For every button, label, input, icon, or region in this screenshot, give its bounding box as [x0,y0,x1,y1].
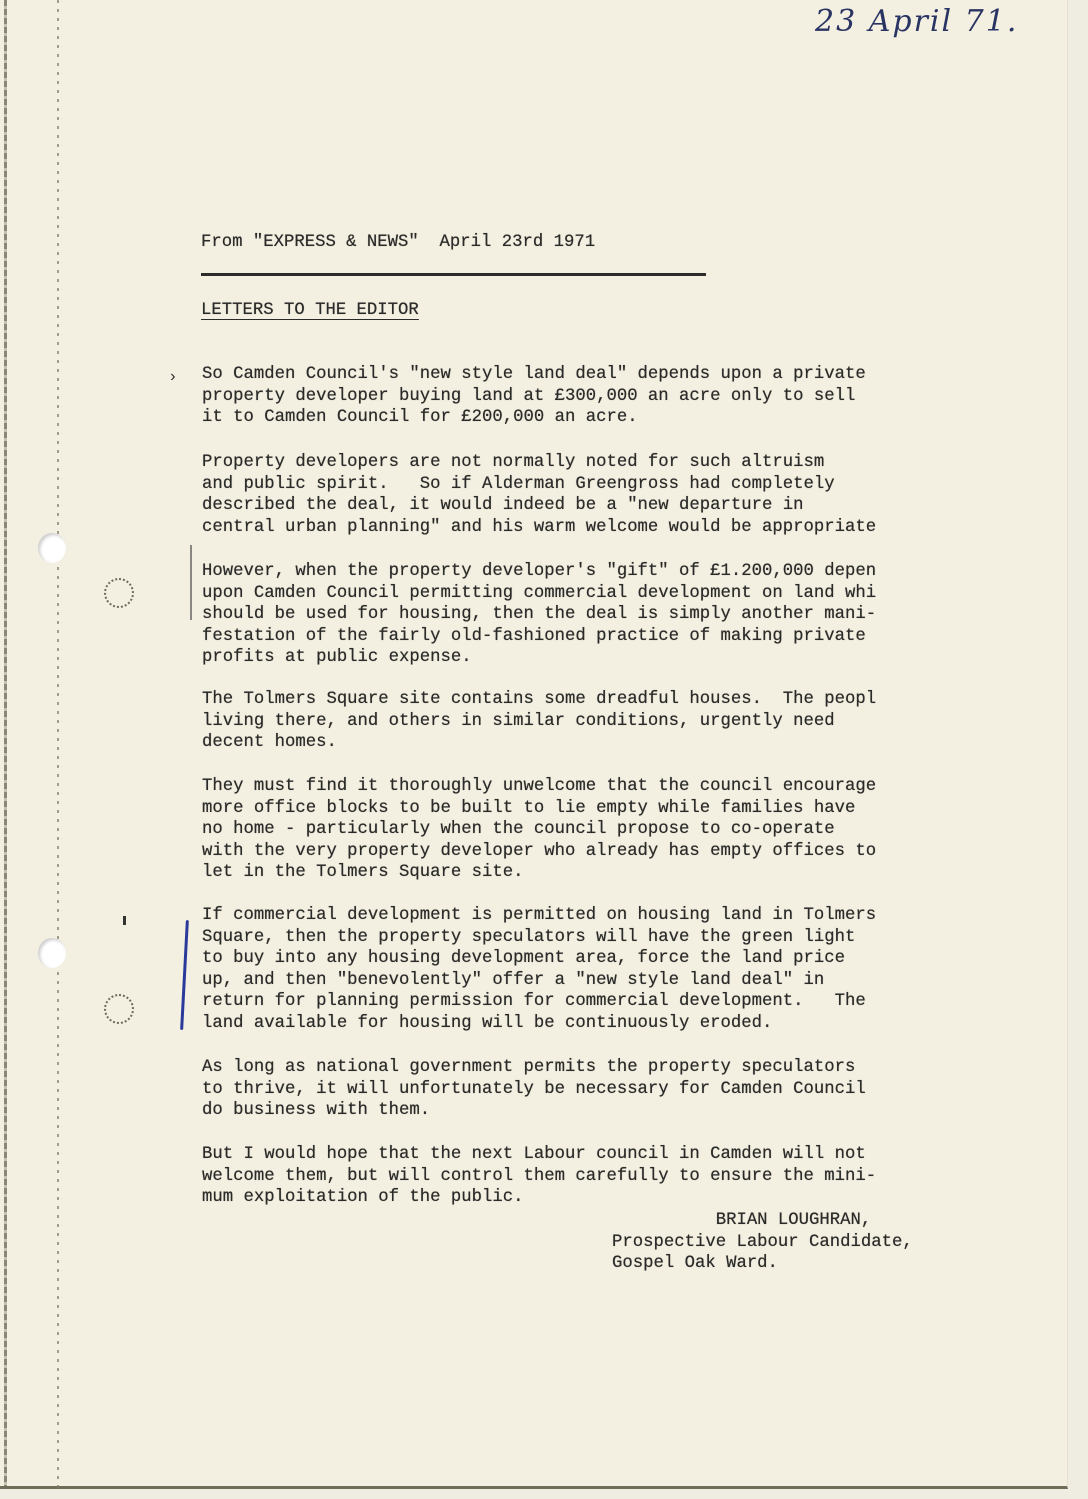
letter-paragraph-4: The Tolmers Square site contains some dr… [202,689,876,754]
perforation-line [57,0,59,1489]
punch-hole-bottom [38,938,66,968]
letter-paragraph-8: But I would hope that the next Labour co… [202,1144,876,1209]
punch-hole-top [38,533,66,563]
bullet-mark: › [168,368,178,386]
letter-paragraph-5: They must find it thoroughly unwelcome t… [202,776,876,884]
pencil-margin-mark [190,545,192,620]
letter-paragraph-1: So Camden Council's "new style land deal… [202,364,866,429]
source-line: From "EXPRESS & NEWS" April 23rd 1971 [201,232,595,254]
divider-rule [201,273,706,276]
signature-block: BRIAN LOUGHRAN, Prospective Labour Candi… [612,1210,913,1275]
handwritten-date: 23 April 71. [815,4,1018,39]
ring-mark-top [104,578,134,608]
ring-mark-bottom [104,994,134,1024]
blue-pen-margin-mark [180,920,189,1030]
letter-paragraph-7: As long as national government permits t… [202,1057,866,1122]
document-page: 23 April 71. From "EXPRESS & NEWS" April… [0,0,1068,1489]
binding-edge [4,0,7,1489]
letter-paragraph-2: Property developers are not normally not… [202,452,876,538]
section-heading: LETTERS TO THE EDITOR [201,300,419,322]
letter-paragraph-6: If commercial development is permitted o… [202,905,876,1034]
letter-paragraph-3: However, when the property developer's "… [202,561,876,669]
margin-tick [123,916,126,925]
